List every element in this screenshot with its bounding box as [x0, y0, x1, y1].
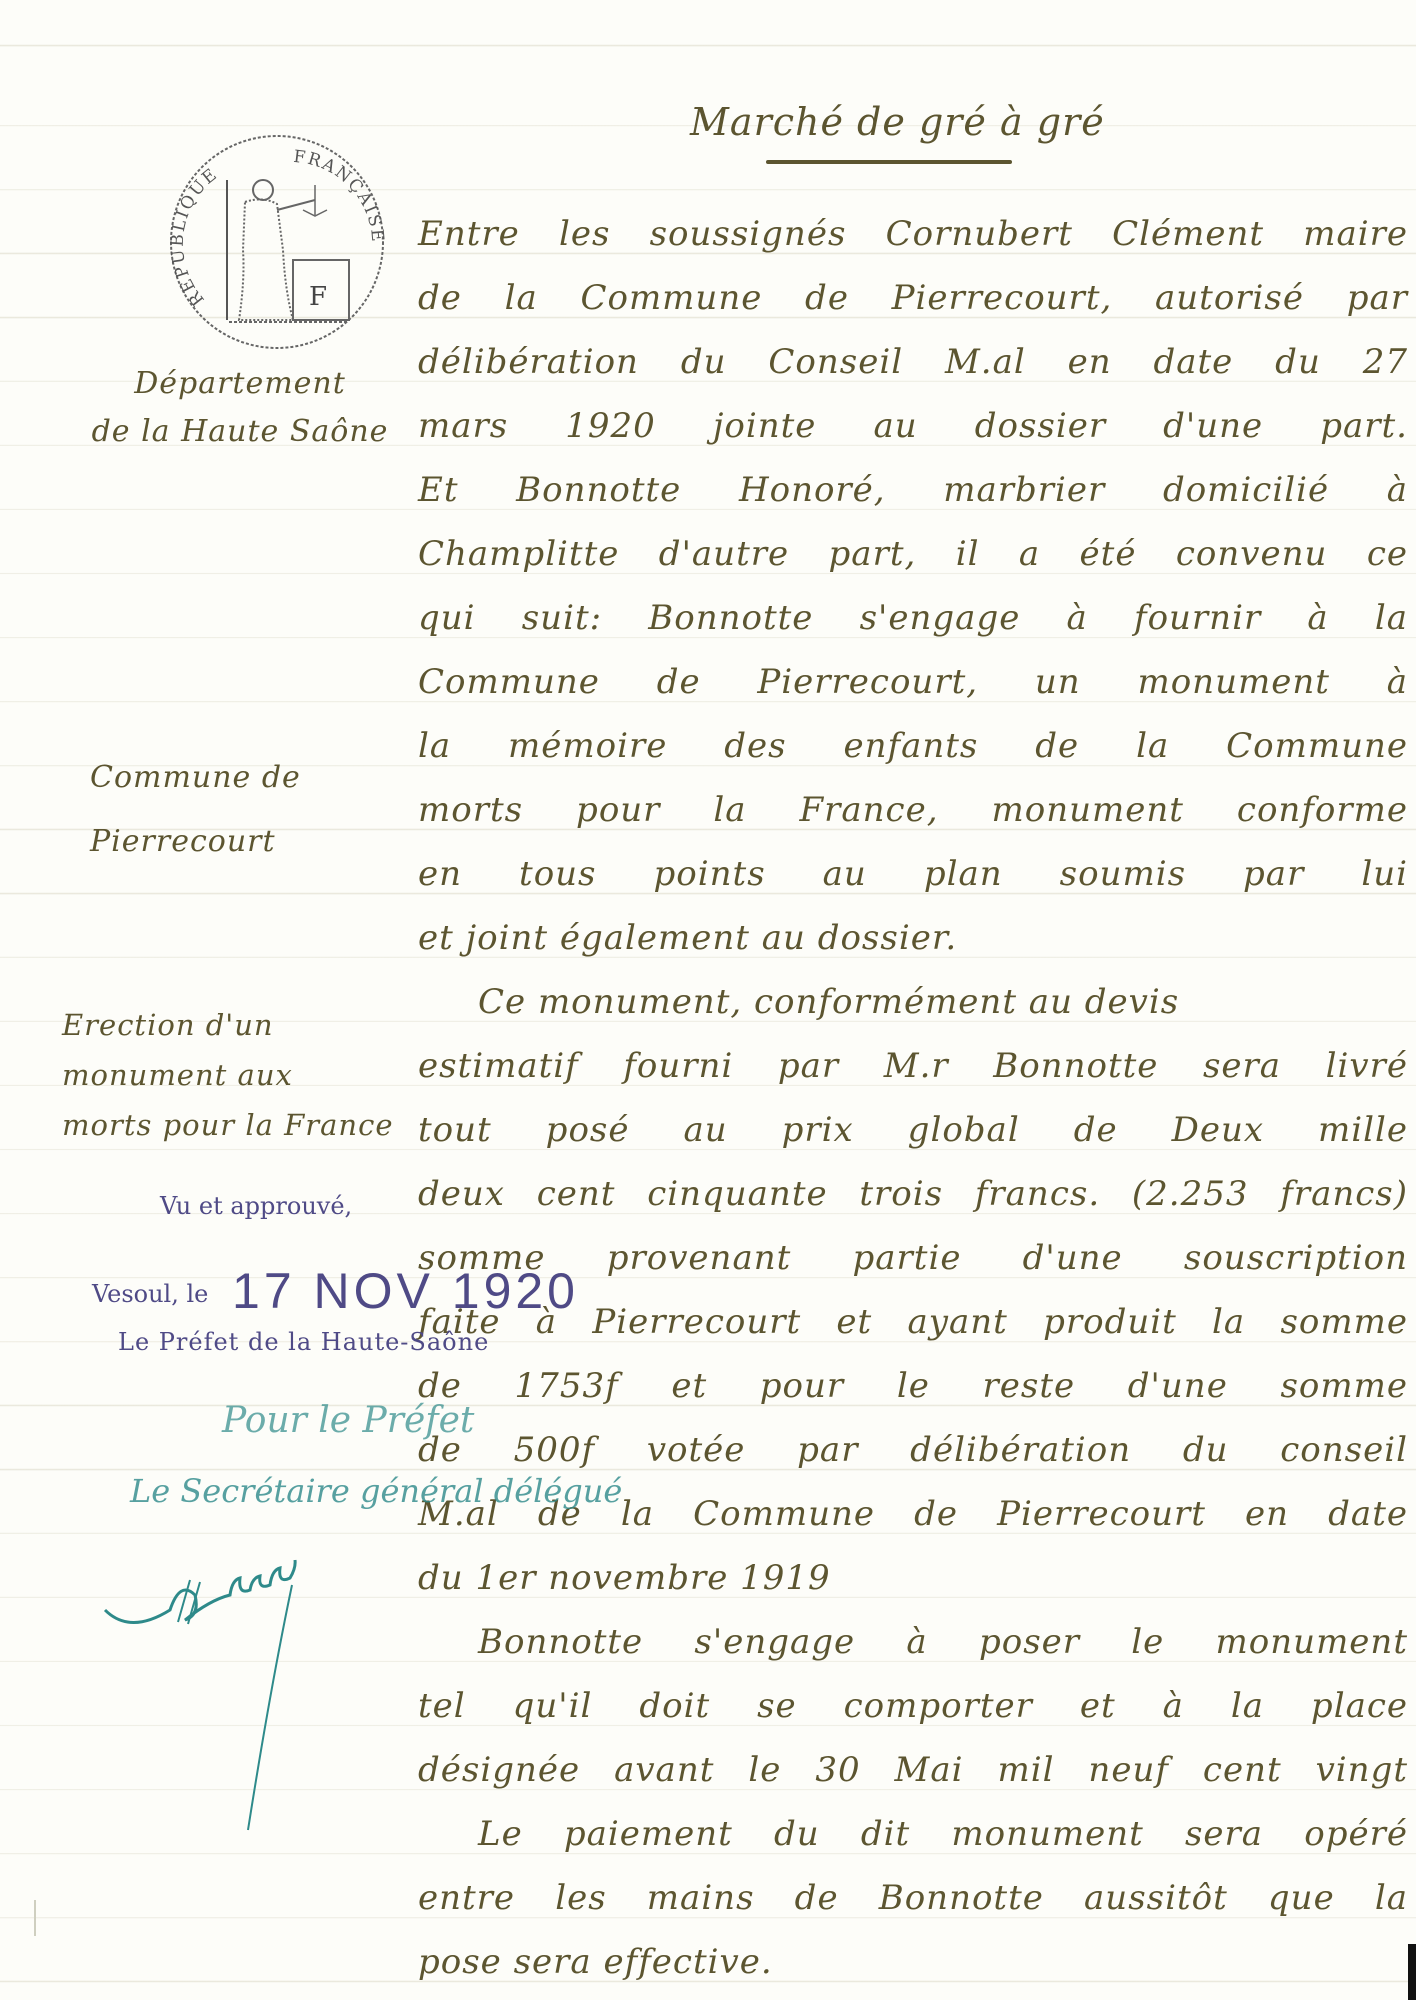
body-line: tout posé au prix global de Deux mille	[418, 1098, 1408, 1162]
body-line: désignée avant le 30 Mai mil neuf cent v…	[418, 1738, 1408, 1802]
body-line: tel qu'il doit se comporter et à la plac…	[418, 1674, 1408, 1738]
margin-note-commune: Commune de Pierrecourt	[90, 746, 350, 874]
approval-date-stamp: Vesoul, le 17 NOV 1920	[92, 1262, 579, 1320]
secretary-stamp-line-1: Pour le Préfet	[222, 1400, 474, 1441]
contract-body: Entre les soussignés Cornubert Clément m…	[418, 202, 1408, 1994]
body-line: Commune de Pierrecourt, un monument à	[418, 650, 1408, 714]
approval-place: Vesoul, le	[92, 1280, 208, 1308]
approval-date: 17 NOV 1920	[232, 1263, 579, 1319]
body-line: Entre les soussignés Cornubert Clément m…	[418, 202, 1408, 266]
approval-authority: Le Préfet de la Haute-Saône	[118, 1328, 489, 1356]
body-line: Champlitte d'autre part, il a été conven…	[418, 522, 1408, 586]
body-line: de la Commune de Pierrecourt, autorisé p…	[418, 266, 1408, 330]
body-line: en tous points au plan soumis par lui	[418, 842, 1408, 906]
body-line: du 1er novembre 1919	[418, 1546, 1408, 1610]
subject-line-2: monument aux	[62, 1050, 412, 1100]
svg-text:REPUBLIQUE: REPUBLIQUE	[168, 164, 223, 310]
seal-text-right: FRANÇAISE	[292, 147, 387, 245]
seal-text-left: REPUBLIQUE	[168, 164, 223, 310]
scan-edge-mark	[1408, 1944, 1416, 2000]
commune-line-1: Commune de	[90, 746, 350, 810]
margin-note-department: Département de la Haute Saône	[70, 360, 410, 456]
subject-line-1: Erection d'un	[62, 1000, 412, 1050]
body-line: mars 1920 jointe au dossier d'une part.	[418, 394, 1408, 458]
margin-note-subject: Erection d'un monument aux morts pour la…	[62, 1000, 412, 1150]
body-line: Bonnotte s'engage à poser le monument	[418, 1610, 1408, 1674]
document-page: REPUBLIQUE FRANÇAISE F Marché de gré à g…	[0, 0, 1416, 2000]
body-line: Et Bonnotte Honoré, marbrier domicilié à	[418, 458, 1408, 522]
title-underline	[766, 160, 1012, 164]
body-line: et joint également au dossier.	[418, 906, 1408, 970]
commune-line-2: Pierrecourt	[90, 810, 350, 874]
body-line: qui suit: Bonnotte s'engage à fournir à …	[418, 586, 1408, 650]
body-line: la mémoire des enfants de la Commune	[418, 714, 1408, 778]
svg-text:FRANÇAISE: FRANÇAISE	[292, 147, 387, 245]
body-line: estimatif fourni par M.r Bonnotte sera l…	[418, 1034, 1408, 1098]
department-line-2: de la Haute Saône	[70, 408, 410, 456]
body-line: Le paiement du dit monument sera opéré	[418, 1802, 1408, 1866]
secretary-stamp-line-2: Le Secrétaire général délégué	[130, 1472, 622, 1510]
document-title: Marché de gré à gré	[690, 100, 1105, 144]
body-line: entre les mains de Bonnotte aussitôt que…	[418, 1866, 1408, 1930]
body-line: morts pour la France, monument conforme	[418, 778, 1408, 842]
svg-text:F: F	[309, 282, 327, 312]
page-margin-mark	[34, 1900, 36, 1936]
body-line: de 1753f et pour le reste d'une somme	[418, 1354, 1408, 1418]
body-line: pose sera effective.	[418, 1930, 1408, 1994]
approval-heading: Vu et approuvé,	[160, 1192, 352, 1220]
body-line: Ce monument, conformément au devis	[418, 970, 1408, 1034]
body-line: délibération du Conseil M.al en date du …	[418, 330, 1408, 394]
signature-icon	[100, 1540, 340, 1840]
body-line: deux cent cinquante trois francs. (2.253…	[418, 1162, 1408, 1226]
department-line-1: Département	[70, 360, 410, 408]
subject-line-3: morts pour la France	[62, 1100, 412, 1150]
republique-francaise-seal-icon: REPUBLIQUE FRANÇAISE F	[165, 130, 390, 355]
